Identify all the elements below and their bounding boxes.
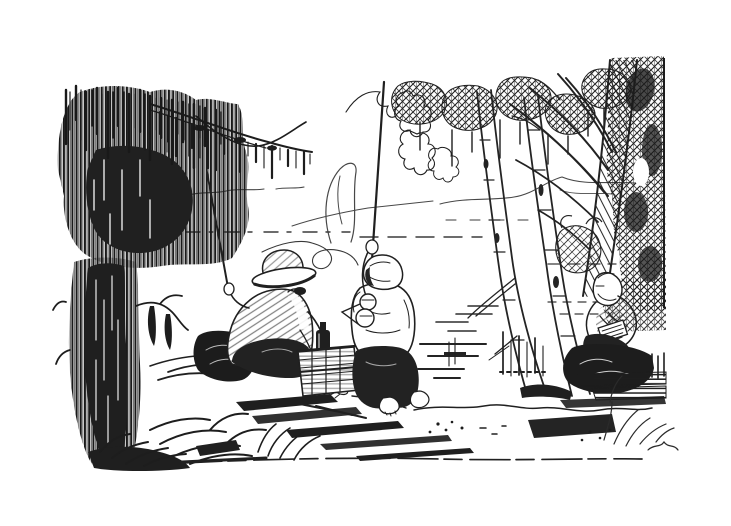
standing-boy-fist: [360, 294, 376, 310]
fishing-illustration: Black-and-white pen-and-ink book illustr…: [0, 0, 731, 526]
standing-boy-upper-fist: [366, 240, 378, 254]
seated-boy-fist: [224, 283, 234, 295]
bare-foot: [379, 397, 399, 414]
illustration-page: Black-and-white pen-and-ink book illustr…: [0, 0, 731, 526]
